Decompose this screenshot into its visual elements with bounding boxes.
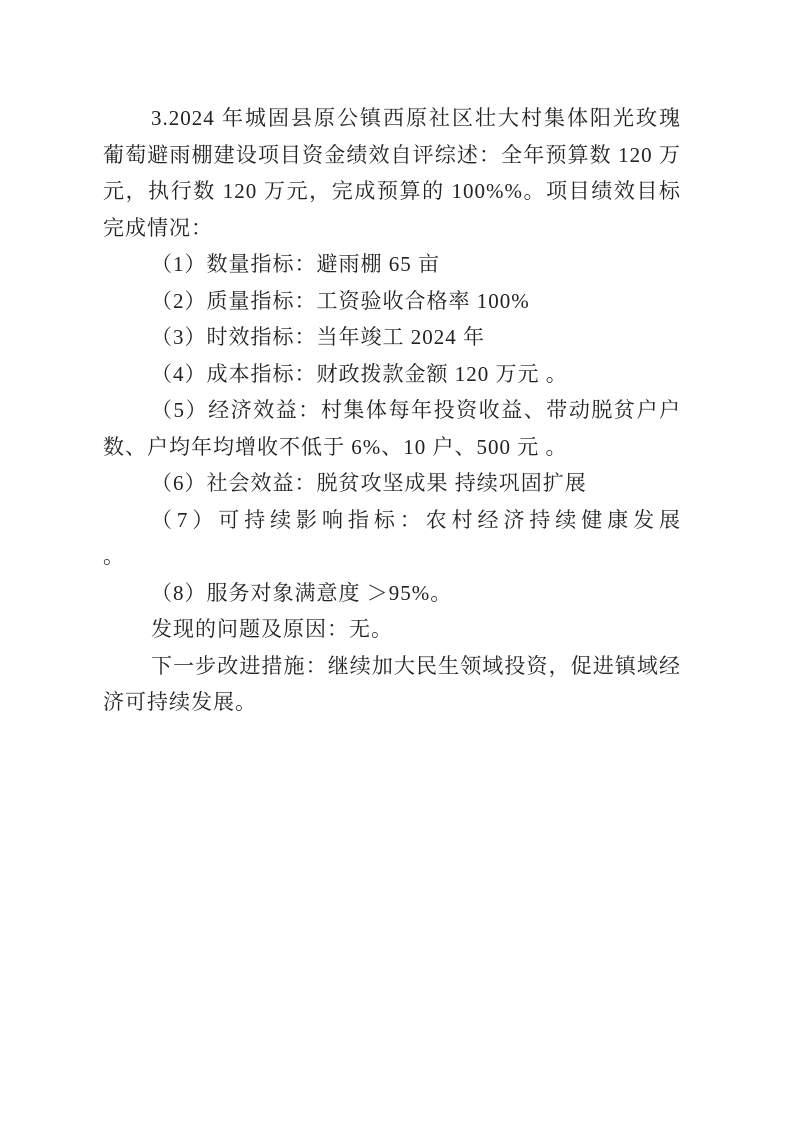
paragraph-problems: 发现的问题及原因：无。 — [103, 611, 681, 648]
paragraph-indicator-7: （7）可持续影响指标：农村经济持续健康发展 。 — [103, 502, 681, 575]
paragraph-next-steps: 下一步改进措施：继续加大民生领域投资，促进镇域经济可持续发展。 — [103, 648, 681, 721]
paragraph-indicator-4: （4）成本指标：财政拨款金额 120 万元 。 — [103, 356, 681, 393]
document-body: 3.2024 年城固县原公镇西原社区壮大村集体阳光玫瑰葡萄避雨棚建设项目资金绩效… — [103, 100, 681, 721]
paragraph-indicator-1: （1）数量指标：避雨棚 65 亩 — [103, 246, 681, 283]
paragraph-indicator-3: （3）时效指标：当年竣工 2024 年 — [103, 319, 681, 356]
paragraph-indicator-2: （2）质量指标：工资验收合格率 100% — [103, 283, 681, 320]
paragraph-indicator-8: （8）服务对象满意度 ＞95%。 — [103, 575, 681, 612]
paragraph-indicator-5: （5）经济效益：村集体每年投资收益、带动脱贫户户数、户均年均增收不低于 6%、1… — [103, 392, 681, 465]
paragraph-summary: 3.2024 年城固县原公镇西原社区壮大村集体阳光玫瑰葡萄避雨棚建设项目资金绩效… — [103, 100, 681, 246]
document-page: 3.2024 年城固县原公镇西原社区壮大村集体阳光玫瑰葡萄避雨棚建设项目资金绩效… — [0, 0, 793, 1122]
paragraph-indicator-6: （6）社会效益：脱贫攻坚成果 持续巩固扩展 — [103, 465, 681, 502]
